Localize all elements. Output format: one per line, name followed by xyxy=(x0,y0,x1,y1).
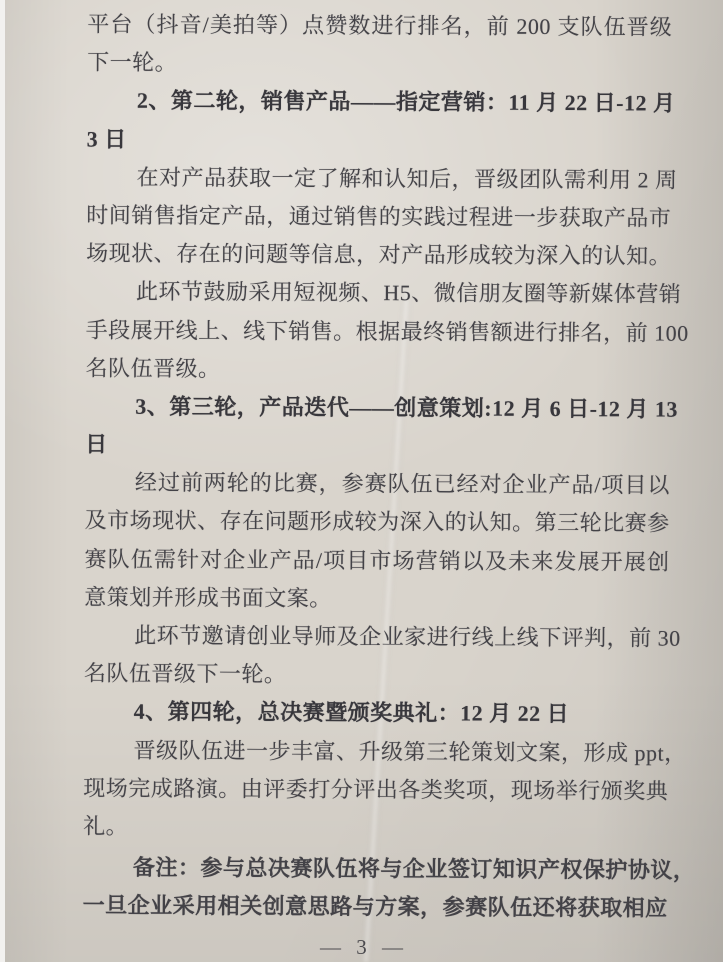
round-2-heading: 2、第二轮，销售产品——指定营销：11 月 22 日-12 月 xyxy=(87,82,672,123)
doc-line: 晋级队伍进一步丰富、升级第三轮策划文案，形成 ppt， xyxy=(83,731,668,772)
doc-line: 礼。 xyxy=(83,807,668,848)
doc-line: 名队伍晋级。 xyxy=(85,349,670,390)
doc-line: 此环节鼓励采用短视频、H5、微信朋友圈等新媒体营销 xyxy=(86,273,671,314)
doc-line: 场现状、存在的问题等信息，对产品形成较为深入的认知。 xyxy=(86,235,671,276)
doc-line: 经过前两轮的比赛，参赛队伍已经对企业产品/项目以 xyxy=(85,464,670,505)
paper-page: 平台（抖音/美拍等）点赞数进行排名，前 200 支队伍晋级 下一轮。 2、第二轮… xyxy=(5,0,723,962)
doc-line: 此环节邀请创业导师及企业家进行线上线下评判，前 30 xyxy=(84,617,669,658)
doc-line: 时间销售指定产品，通过销售的实践过程进一步获取产品市 xyxy=(86,196,671,237)
doc-line: 平台（抖音/美拍等）点赞数进行排名，前 200 支队伍晋级 xyxy=(87,6,672,47)
doc-line: 手段展开线上、线下销售。根据最终销售额进行排名，前 100 xyxy=(86,311,671,352)
document-photo: 平台（抖音/美拍等）点赞数进行排名，前 200 支队伍晋级 下一轮。 2、第二轮… xyxy=(0,0,723,962)
doc-line: 名队伍晋级下一轮。 xyxy=(84,655,669,696)
doc-line: 及市场现状、存在问题形成较为深入的认知。第三轮比赛参 xyxy=(85,502,670,543)
note-line: 一旦企业采用相关创意思路与方案，参赛队伍还将获取相应 xyxy=(83,887,668,928)
doc-line: 在对产品获取一定了解和认知后，晋级团队需利用 2 周 xyxy=(86,158,671,199)
doc-line: 赛队伍需针对企业产品/项目市场营销以及未来发展开展创 xyxy=(84,540,669,581)
doc-line: 下一轮。 xyxy=(87,44,672,85)
round-3-heading-cont: 日 xyxy=(85,426,670,467)
doc-line: 意策划并形成书面文案。 xyxy=(84,578,669,619)
page-content: 平台（抖音/美拍等）点赞数进行排名，前 200 支队伍晋级 下一轮。 2、第二轮… xyxy=(3,5,723,928)
round-4-heading: 4、第四轮，总决赛暨颁奖典礼：12 月 22 日 xyxy=(84,693,669,734)
round-2-heading-cont: 3 日 xyxy=(87,120,672,161)
doc-line: 现场完成路演。由评委打分评出各类奖项，现场举行颁奖典 xyxy=(83,769,668,810)
page-number: — 3 — xyxy=(5,935,723,960)
round-3-heading: 3、第三轮，产品迭代——创意策划:12 月 6 日-12 月 13 xyxy=(85,387,670,428)
note-line: 备注：参与总决赛队伍将与企业签订知识产权保护协议， xyxy=(83,849,668,890)
